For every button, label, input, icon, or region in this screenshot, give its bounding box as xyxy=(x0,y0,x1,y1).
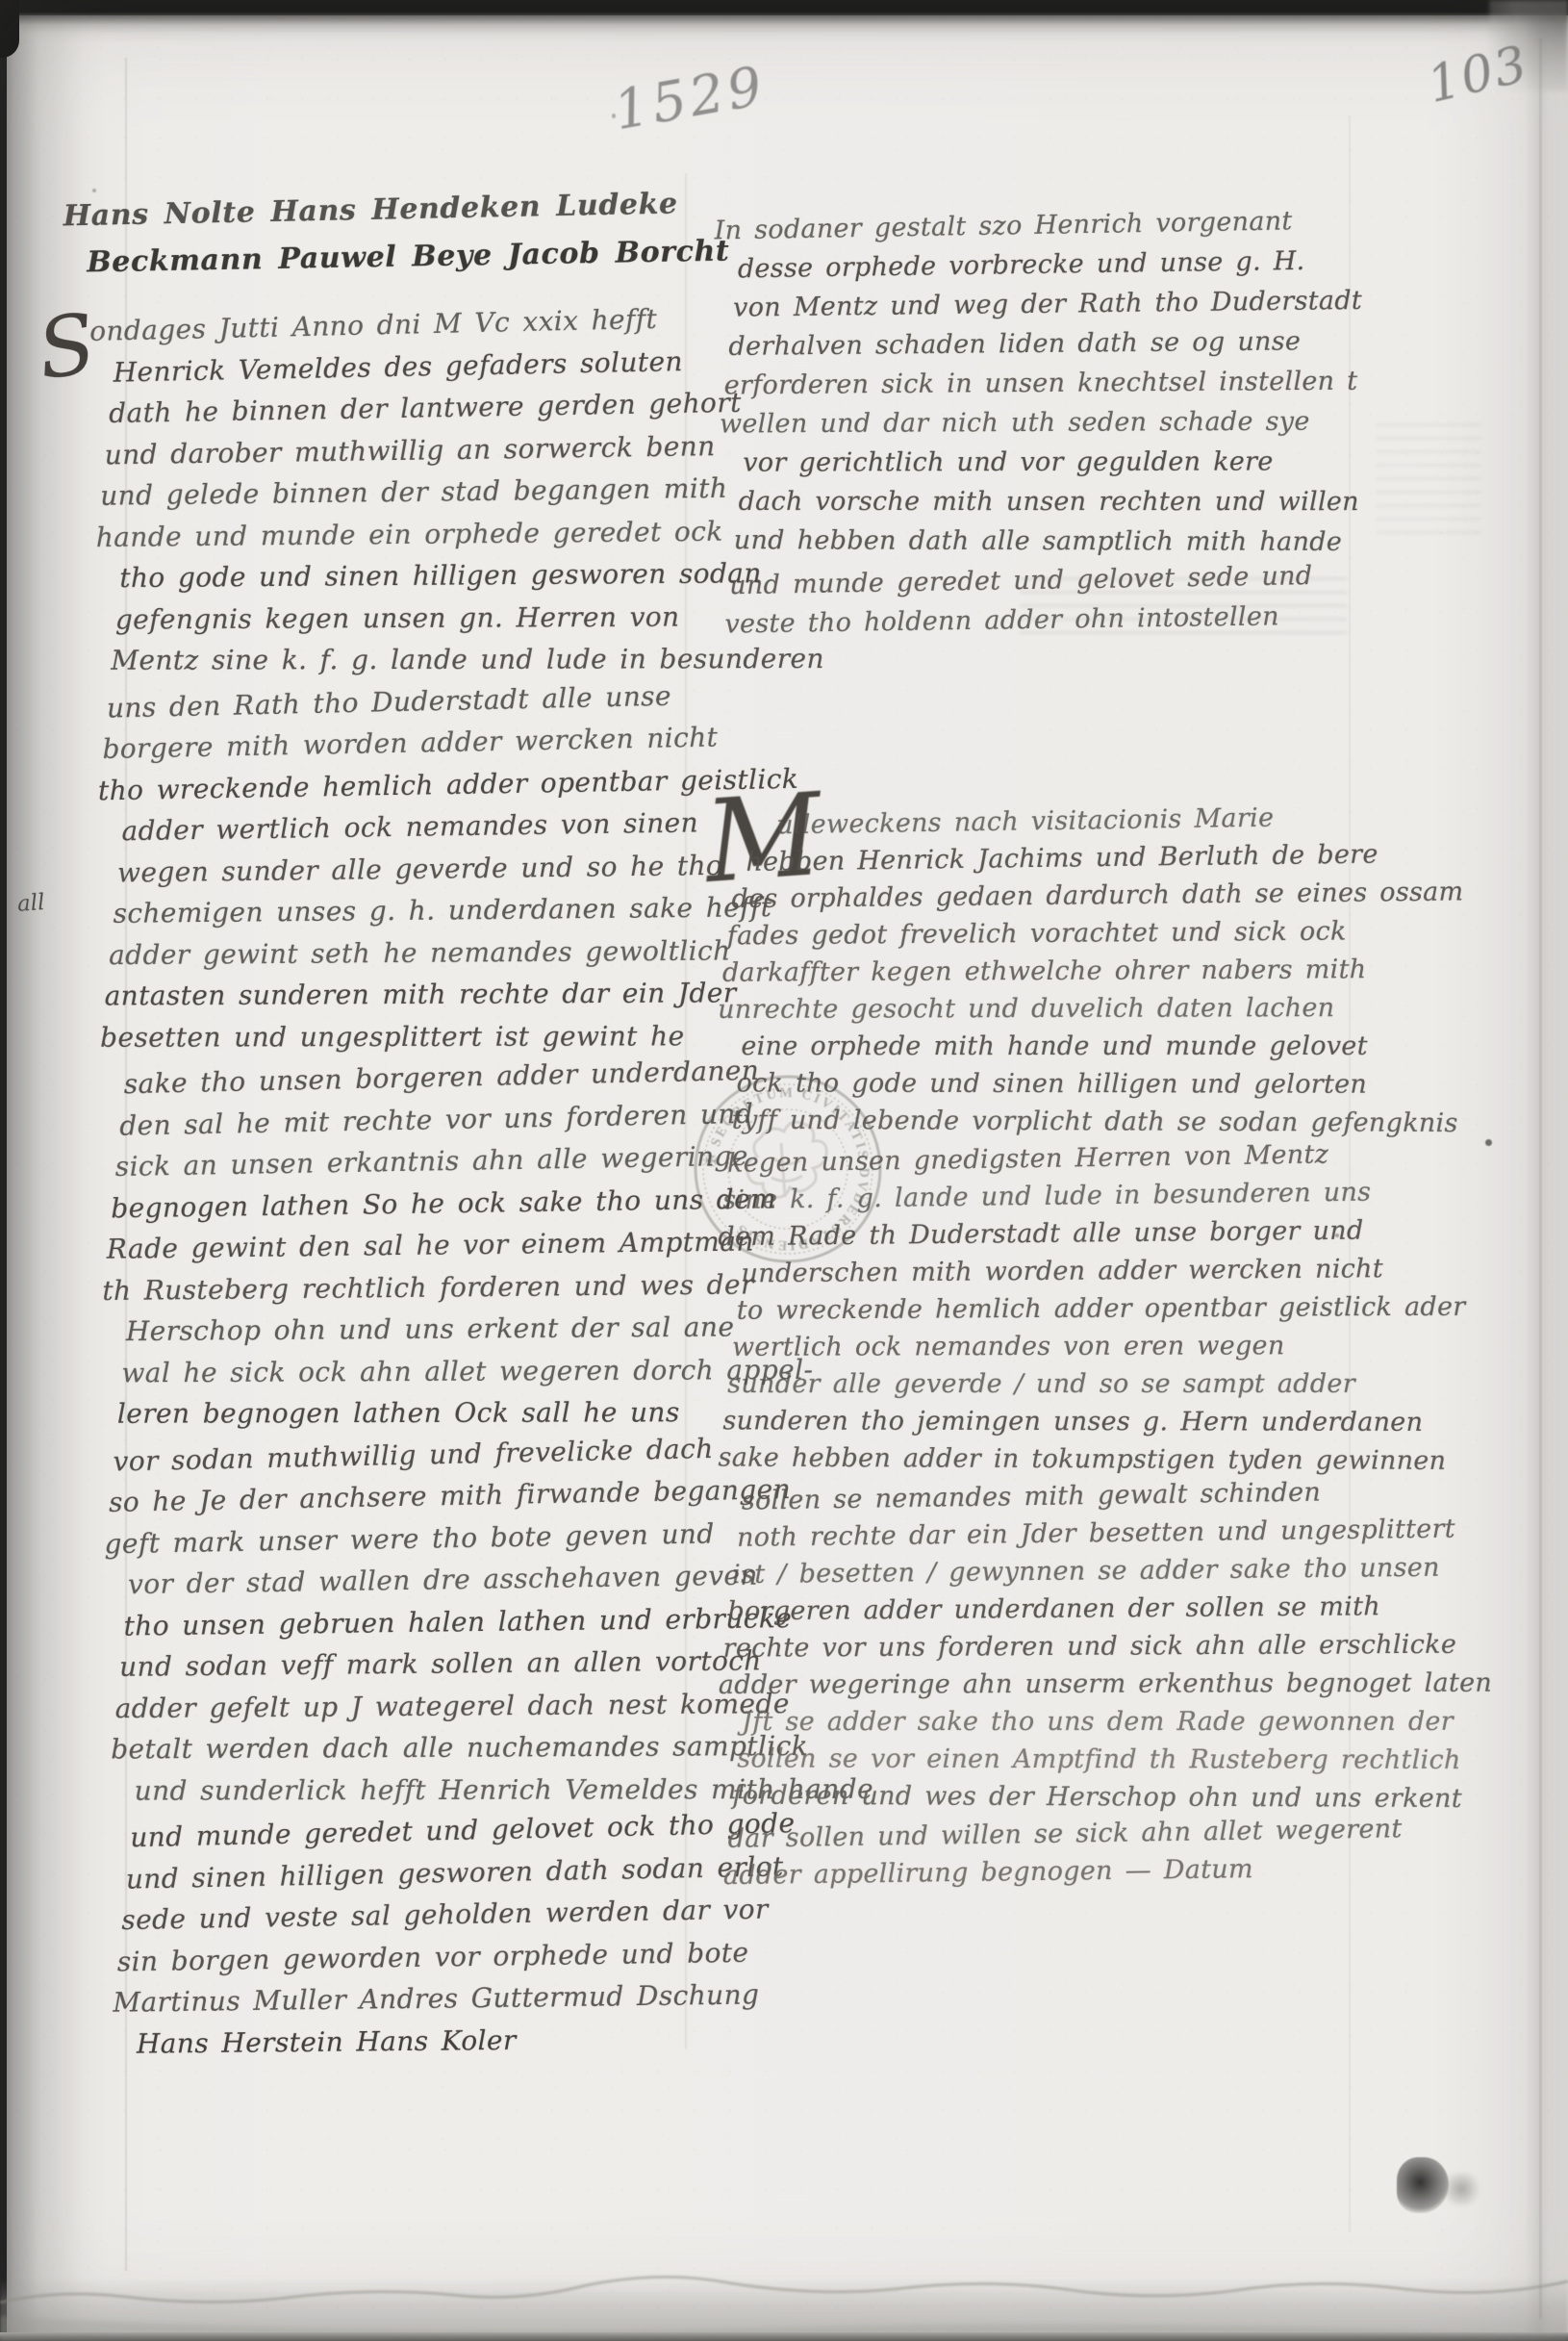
manuscript-line: sollen se vor einen Amptfind th Rusteber… xyxy=(718,1740,1353,1778)
water-stain-line xyxy=(0,2266,1568,2341)
heading-line: Hans Nolte Hans Hendeken Ludeke xyxy=(63,185,477,241)
manuscript-line: und gelede binnen der stad begangen mith xyxy=(91,468,688,517)
manuscript-line: tho unsen gebruen halen lathen und erbru… xyxy=(105,1598,701,1647)
manuscript-line: hande und munde ein orphede geredet ock xyxy=(92,511,689,559)
manuscript-line: underschen mith worden adder wercken nic… xyxy=(715,1250,1350,1292)
folio-number: 103 xyxy=(1423,36,1534,115)
manuscript-line: sunder alle geverde / und so se sampt ad… xyxy=(716,1365,1351,1403)
manuscript-line: darkaffter kegen ethwelche ohrer nabers … xyxy=(714,951,1349,991)
manuscript-line: Martinus Muller Andres Guttermud Dschung xyxy=(110,1974,706,2023)
ink-smudge xyxy=(1439,2173,1483,2205)
left-column-heading: Hans Nolte Hans Hendeken LudekeBeckmann … xyxy=(63,187,477,285)
manuscript-line: dem Rade th Duderstadt alle unse borger … xyxy=(715,1212,1350,1257)
right-column-paragraph-1: In sodaner gestalt szo Henrich vorgenant… xyxy=(714,204,1342,643)
manuscript-line: unrechte gesocht und duvelich daten lach… xyxy=(714,989,1349,1029)
year-annotation-pencil: 1529 xyxy=(610,55,771,143)
manuscript-line: ock tho gode und sinen hilligen und gelo… xyxy=(715,1064,1350,1103)
manuscript-line: des orphaldes gedaen dardurch dath se ei… xyxy=(713,875,1348,919)
manuscript-line: betalt werden dach alle nuchemandes samp… xyxy=(107,1725,703,1770)
manuscript-line: tho gode und sinen hilligen gesworen sod… xyxy=(92,553,689,599)
manuscript-line: von Mentz und weg der Rath tho Duderstad… xyxy=(715,281,1340,328)
right-column-paragraph-2: ulleweckens nach visitacionis Mariehebbe… xyxy=(713,801,1353,1892)
manuscript-line: sake hebben adder in tokumpstigen tyden … xyxy=(717,1439,1352,1480)
ink-show-through xyxy=(1020,577,1347,645)
manuscript-line: Rade gewint den sal he vor einem Amptman xyxy=(101,1221,697,1270)
manuscript-line: wal he sick ock ahn allet wegeren dorch … xyxy=(102,1349,698,1394)
manuscript-line: borgeren adder underdanen der sollen se … xyxy=(717,1588,1352,1630)
manuscript-line: forderen und wes der Herschop ohn und un… xyxy=(718,1776,1353,1817)
manuscript-line: antasten sunderen mith rechte dar ein Jd… xyxy=(98,972,695,1017)
paper-speck xyxy=(92,189,96,192)
manuscript-line: fades gedot frevelich vorachtet und sick… xyxy=(714,912,1349,954)
manuscript-line: th Rusteberg rechtlich forderen und wes … xyxy=(101,1263,697,1311)
paper-speck xyxy=(1485,1139,1492,1146)
manuscript-line: wertlich ock nemandes von eren wegen xyxy=(716,1327,1351,1366)
paper-frayed-top-edge xyxy=(0,13,1568,42)
margin-note: all xyxy=(16,890,45,917)
manuscript-page-scan: 1529 103 ✠ SECRETUM CIVITATIS DVDERSTADI… xyxy=(0,0,1568,2341)
manuscript-line: Mentz sine k. f. g. lande und lude in be… xyxy=(93,638,690,681)
manuscript-line: derhalven schaden liden dath se og unse xyxy=(715,321,1340,367)
paper-speck xyxy=(1335,1234,1339,1237)
manuscript-line: eine orphede mith hande und munde gelove… xyxy=(714,1028,1349,1065)
manuscript-line: dach vorsche mith unsen rechten und will… xyxy=(717,482,1342,522)
manuscript-line: wegen sunder alle geverde und so he tho xyxy=(96,845,693,894)
manuscript-line: und hebben dath alle samptlich mith hand… xyxy=(717,521,1342,562)
paper-speck xyxy=(612,114,616,118)
manuscript-line: vor gerichtlich und vor gegulden kere xyxy=(716,442,1341,482)
page-edge-crease xyxy=(1539,38,1542,2319)
manuscript-line: adder appellirung begnogen — Datum xyxy=(719,1849,1353,1895)
manuscript-line: leren begnogen lathen Ock sall he uns xyxy=(103,1391,699,1435)
manuscript-line: adder gewint seth he nemandes gewoltlich xyxy=(97,929,694,976)
manuscript-line: und sodan veff mark sollen an allen vort… xyxy=(106,1641,702,1689)
manuscript-line: gefengnis kegen unsen gn. Herren von xyxy=(93,596,690,641)
manuscript-line: Jft se adder sake tho uns dem Rade gewon… xyxy=(718,1703,1353,1741)
manuscript-line: to wreckende hemlich adder opentbar geis… xyxy=(716,1288,1351,1329)
scan-edge-left xyxy=(0,0,7,2341)
left-column-body: ondages Jutti Anno dni M Vc xxix hefftHe… xyxy=(89,300,707,2065)
heading-line: Beckmann Pauwel Beye Jacob Borcht xyxy=(63,232,478,287)
scan-corner-top-left xyxy=(0,0,19,58)
ink-show-through xyxy=(1376,423,1481,539)
manuscript-line: adder wegeringe ahn unserm erkenthus beg… xyxy=(718,1665,1353,1704)
manuscript-line: schemigen unses g. h. underdanen sake he… xyxy=(96,887,693,935)
manuscript-line: und sunderlick hefft Henrich Vemeldes mi… xyxy=(108,1768,704,1812)
manuscript-line: rechte vor uns forderen und sick ahn all… xyxy=(718,1626,1353,1667)
manuscript-line: tyff und lebende vorplicht dath se sodan… xyxy=(715,1102,1350,1142)
manuscript-line: adder gefelt up J wategerel dach nest ko… xyxy=(106,1683,702,1729)
manuscript-line: ist / besetten / gewynnen se adder sake … xyxy=(717,1550,1352,1594)
manuscript-line: sunderen tho jemingen unses g. Hern unde… xyxy=(716,1402,1351,1440)
manuscript-line: Hans Herstein Hans Koler xyxy=(111,2017,707,2065)
manuscript-line: besetten und ungesplittert ist gewint he xyxy=(98,1015,695,1058)
manuscript-line: wellen und dar nich uth seden schade sye xyxy=(716,402,1341,445)
manuscript-line: erforderen sick in unsen knechtsel inste… xyxy=(716,362,1341,406)
manuscript-line: Herschop ohn und uns erkent der sal ane xyxy=(102,1307,698,1353)
